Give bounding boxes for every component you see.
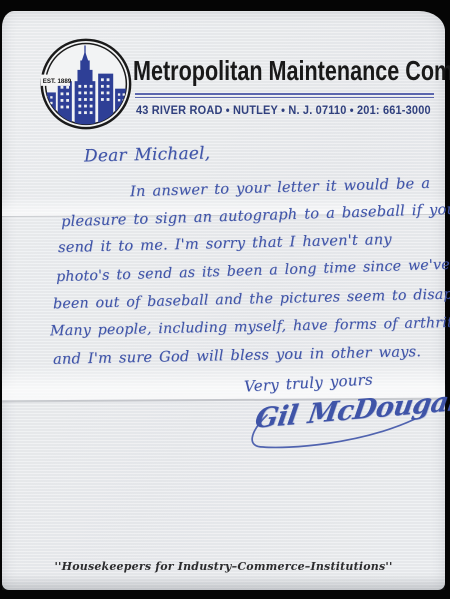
letter-closing: Very truly yours [244,370,374,395]
letter-body-line: photo's to send as its been a long time … [56,257,450,285]
letter-paper: EST. 1889 Metropolitan Maintenance Compa… [2,11,445,590]
letter-body-line: In answer to your letter it would be a [130,175,431,200]
address-line: 43 RIVER ROAD • NUTLEY • N. J. 07110 • 2… [136,103,431,117]
rule-line [135,97,434,99]
footer-slogan: ''Housekeepers for Industry–Commerce–Ins… [2,560,445,573]
est-label: EST. 1889 [43,78,72,85]
letter-body-line: and I'm sure God will bless you in other… [53,343,421,368]
letter-body-line: pleasure to sign an autograph to a baseb… [61,201,450,230]
company-name: Metropolitan Maintenance Company [133,55,450,87]
header-double-rule [135,93,434,98]
letter-body-line: Many people, including myself, have form… [50,315,450,340]
letter-body-line: send it to me. I'm sorry that I haven't … [58,231,392,256]
signature-flourish-icon [239,409,424,455]
letter-body-line: been out of baseball and the pictures se… [53,286,450,313]
scanned-letter: EST. 1889 Metropolitan Maintenance Compa… [0,0,450,599]
rule-line [135,93,434,95]
company-logo-skyline-icon: EST. 1889 [38,34,132,133]
letter-greeting: Dear Michael, [84,143,211,166]
paper-edge-shadow [2,574,445,590]
